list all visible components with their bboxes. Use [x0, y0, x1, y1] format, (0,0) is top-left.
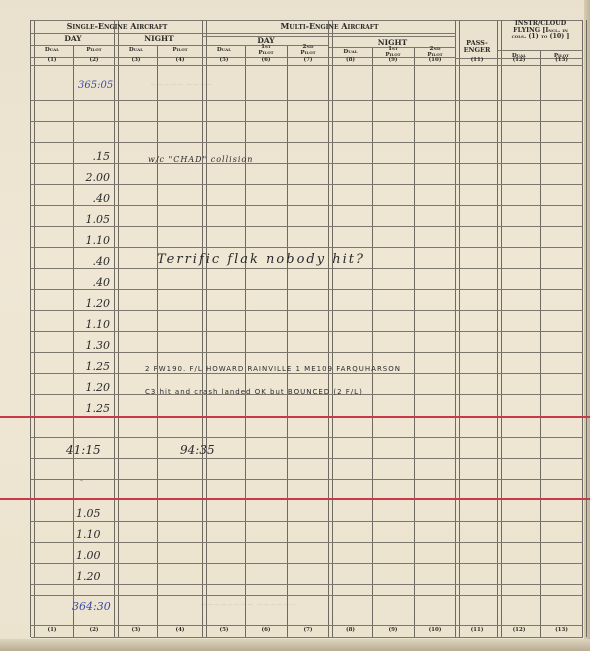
- column-number-4: (4): [157, 58, 203, 64]
- row-rule: [31, 479, 583, 480]
- column-header-5: Dual: [203, 48, 245, 54]
- row-rule: [31, 331, 583, 332]
- column-rule: [540, 50, 541, 637]
- row-rule: [31, 584, 583, 585]
- footer-column-number-7: (7): [287, 628, 329, 634]
- row-rule: [31, 142, 583, 143]
- column-rule: [202, 20, 207, 637]
- row-rule: [31, 65, 583, 66]
- logbook-page: ~~~~~ ~~~~ ~~~~~~~~ ~~~~~~ Single-Engine…: [0, 0, 590, 651]
- row-rule: [31, 373, 583, 374]
- row-rule: [498, 50, 583, 51]
- row-rule: [31, 595, 583, 596]
- column-number-13: (13): [540, 58, 583, 64]
- carried-forward-total: 364:30: [72, 600, 111, 613]
- footer-column-number-8: (8): [329, 628, 372, 634]
- footer-column-number-3: (3): [115, 628, 157, 634]
- column-rule: [328, 20, 333, 637]
- pilot-time-entry: 1.05: [76, 507, 101, 520]
- column-number-11: (11): [456, 58, 498, 64]
- column-header-2: Pilot: [73, 48, 115, 54]
- note-flak: Terrific flak nobody hit?: [157, 252, 365, 267]
- row-rule: [31, 437, 583, 438]
- column-rule: [157, 45, 158, 637]
- pilot-time-entry: 2.00: [86, 171, 111, 184]
- row-rule: [31, 625, 583, 626]
- row-rule: [31, 205, 583, 206]
- header-instr-cloud: INSTR/CLOUD FLYING [Incl. in cols. (1) t…: [498, 21, 583, 41]
- column-number-9: (9): [372, 58, 414, 64]
- row-rule: [31, 163, 583, 164]
- column-number-10: (10): [414, 58, 456, 64]
- column-number-3: (3): [115, 58, 157, 64]
- footer-column-number-4: (4): [157, 628, 203, 634]
- row-rule: [31, 226, 583, 227]
- note-claims-line1: 2 FW190. F/L HOWARD RAINVILLE 1 ME109 FA…: [145, 365, 401, 373]
- row-rule: [31, 458, 583, 459]
- column-rule: [30, 20, 35, 637]
- row-rule: [31, 310, 583, 311]
- pilot-time-entry: .15: [93, 150, 111, 163]
- column-header-7: 2nd Pilot: [287, 45, 329, 57]
- row-rule: [31, 542, 583, 543]
- column-number-12: (12): [498, 58, 540, 64]
- column-rule: [287, 45, 288, 637]
- pilot-time-entry: 1.05: [86, 213, 111, 226]
- pilot-time-entry: 1.00: [76, 549, 101, 562]
- column-rule: [73, 45, 74, 637]
- column-number-2: (2): [73, 58, 115, 64]
- pilot-time-entry: 1.25: [86, 402, 111, 415]
- pilot-time-entry: .40: [93, 276, 111, 289]
- footer-column-number-11: (11): [456, 628, 498, 634]
- footer-column-number-6: (6): [245, 628, 287, 634]
- page-bottom-edge: [0, 639, 590, 651]
- column-header-1: Dual: [31, 48, 73, 54]
- column-rule: [455, 20, 460, 637]
- column-number-6: (6): [245, 58, 287, 64]
- column-header-6: 1st Pilot: [245, 45, 287, 57]
- pilot-time-entry: 1.20: [86, 381, 111, 394]
- column-number-7: (7): [287, 58, 329, 64]
- column-rule: [582, 20, 587, 637]
- footer-column-number-10: (10): [414, 628, 456, 634]
- note-claims-line2: C3 hit and crash landed OK but BOUNCED (…: [145, 388, 363, 396]
- footer-column-number-13: (13): [540, 628, 583, 634]
- row-rule: [31, 247, 583, 248]
- row-rule: [31, 352, 583, 353]
- pilot-time-entry: .40: [93, 192, 111, 205]
- pilot-time-entry: 1.30: [86, 339, 111, 352]
- column-number-5: (5): [203, 58, 245, 64]
- column-number-8: (8): [329, 58, 372, 64]
- header-passenger: PASS- ENGER: [456, 40, 498, 54]
- row-rule: [31, 121, 583, 122]
- pilot-time-entry: 1.20: [86, 297, 111, 310]
- footer-column-number-9: (9): [372, 628, 414, 634]
- column-rule: [372, 47, 373, 637]
- footer-column-number-5: (5): [203, 628, 245, 634]
- note-collision: w/c "CHAD" collision: [148, 155, 253, 164]
- subtotal-pilot: 41:15: [66, 443, 101, 457]
- column-rule: [414, 47, 415, 637]
- row-rule: [31, 33, 456, 34]
- column-rule: [497, 20, 502, 637]
- header-single-engine: Single-Engine Aircraft: [31, 22, 203, 30]
- pilot-time-entry: 1.10: [86, 234, 111, 247]
- column-rule: [245, 45, 246, 637]
- footer-column-number-2: (2): [73, 628, 115, 634]
- subtotal-dash: -: [80, 476, 83, 486]
- brought-forward-total: 365:05: [78, 80, 113, 91]
- pilot-time-entry: .40: [93, 255, 111, 268]
- column-number-1: (1): [31, 58, 73, 64]
- column-header-8: Dual: [329, 50, 372, 56]
- pilot-time-entry: 1.20: [76, 570, 101, 583]
- row-rule: [31, 521, 583, 522]
- row-rule: [31, 563, 583, 564]
- footer-column-number-12: (12): [498, 628, 540, 634]
- column-header-4: Pilot: [157, 48, 203, 54]
- pilot-time-entry: 1.10: [76, 528, 101, 541]
- row-rule: [31, 637, 583, 638]
- header-multi-engine: Multi-Engine Aircraft: [203, 22, 456, 30]
- header-se-night: NIGHT: [115, 35, 203, 43]
- subtotal-other: 94:35: [180, 443, 215, 457]
- row-rule: [31, 100, 583, 101]
- header-se-day: DAY: [31, 35, 115, 43]
- row-rule: [31, 268, 583, 269]
- column-header-3: Dual: [115, 48, 157, 54]
- pilot-time-entry: 1.25: [86, 360, 111, 373]
- red-rule: [0, 416, 590, 418]
- bleed-through-text: ~~~~~~~~ ~~~~~~: [200, 600, 296, 609]
- pilot-time-entry: 1.10: [86, 318, 111, 331]
- row-rule: [31, 289, 583, 290]
- red-rule: [0, 498, 590, 500]
- column-rule: [114, 20, 119, 637]
- footer-column-number-1: (1): [31, 628, 73, 634]
- row-rule: [31, 184, 583, 185]
